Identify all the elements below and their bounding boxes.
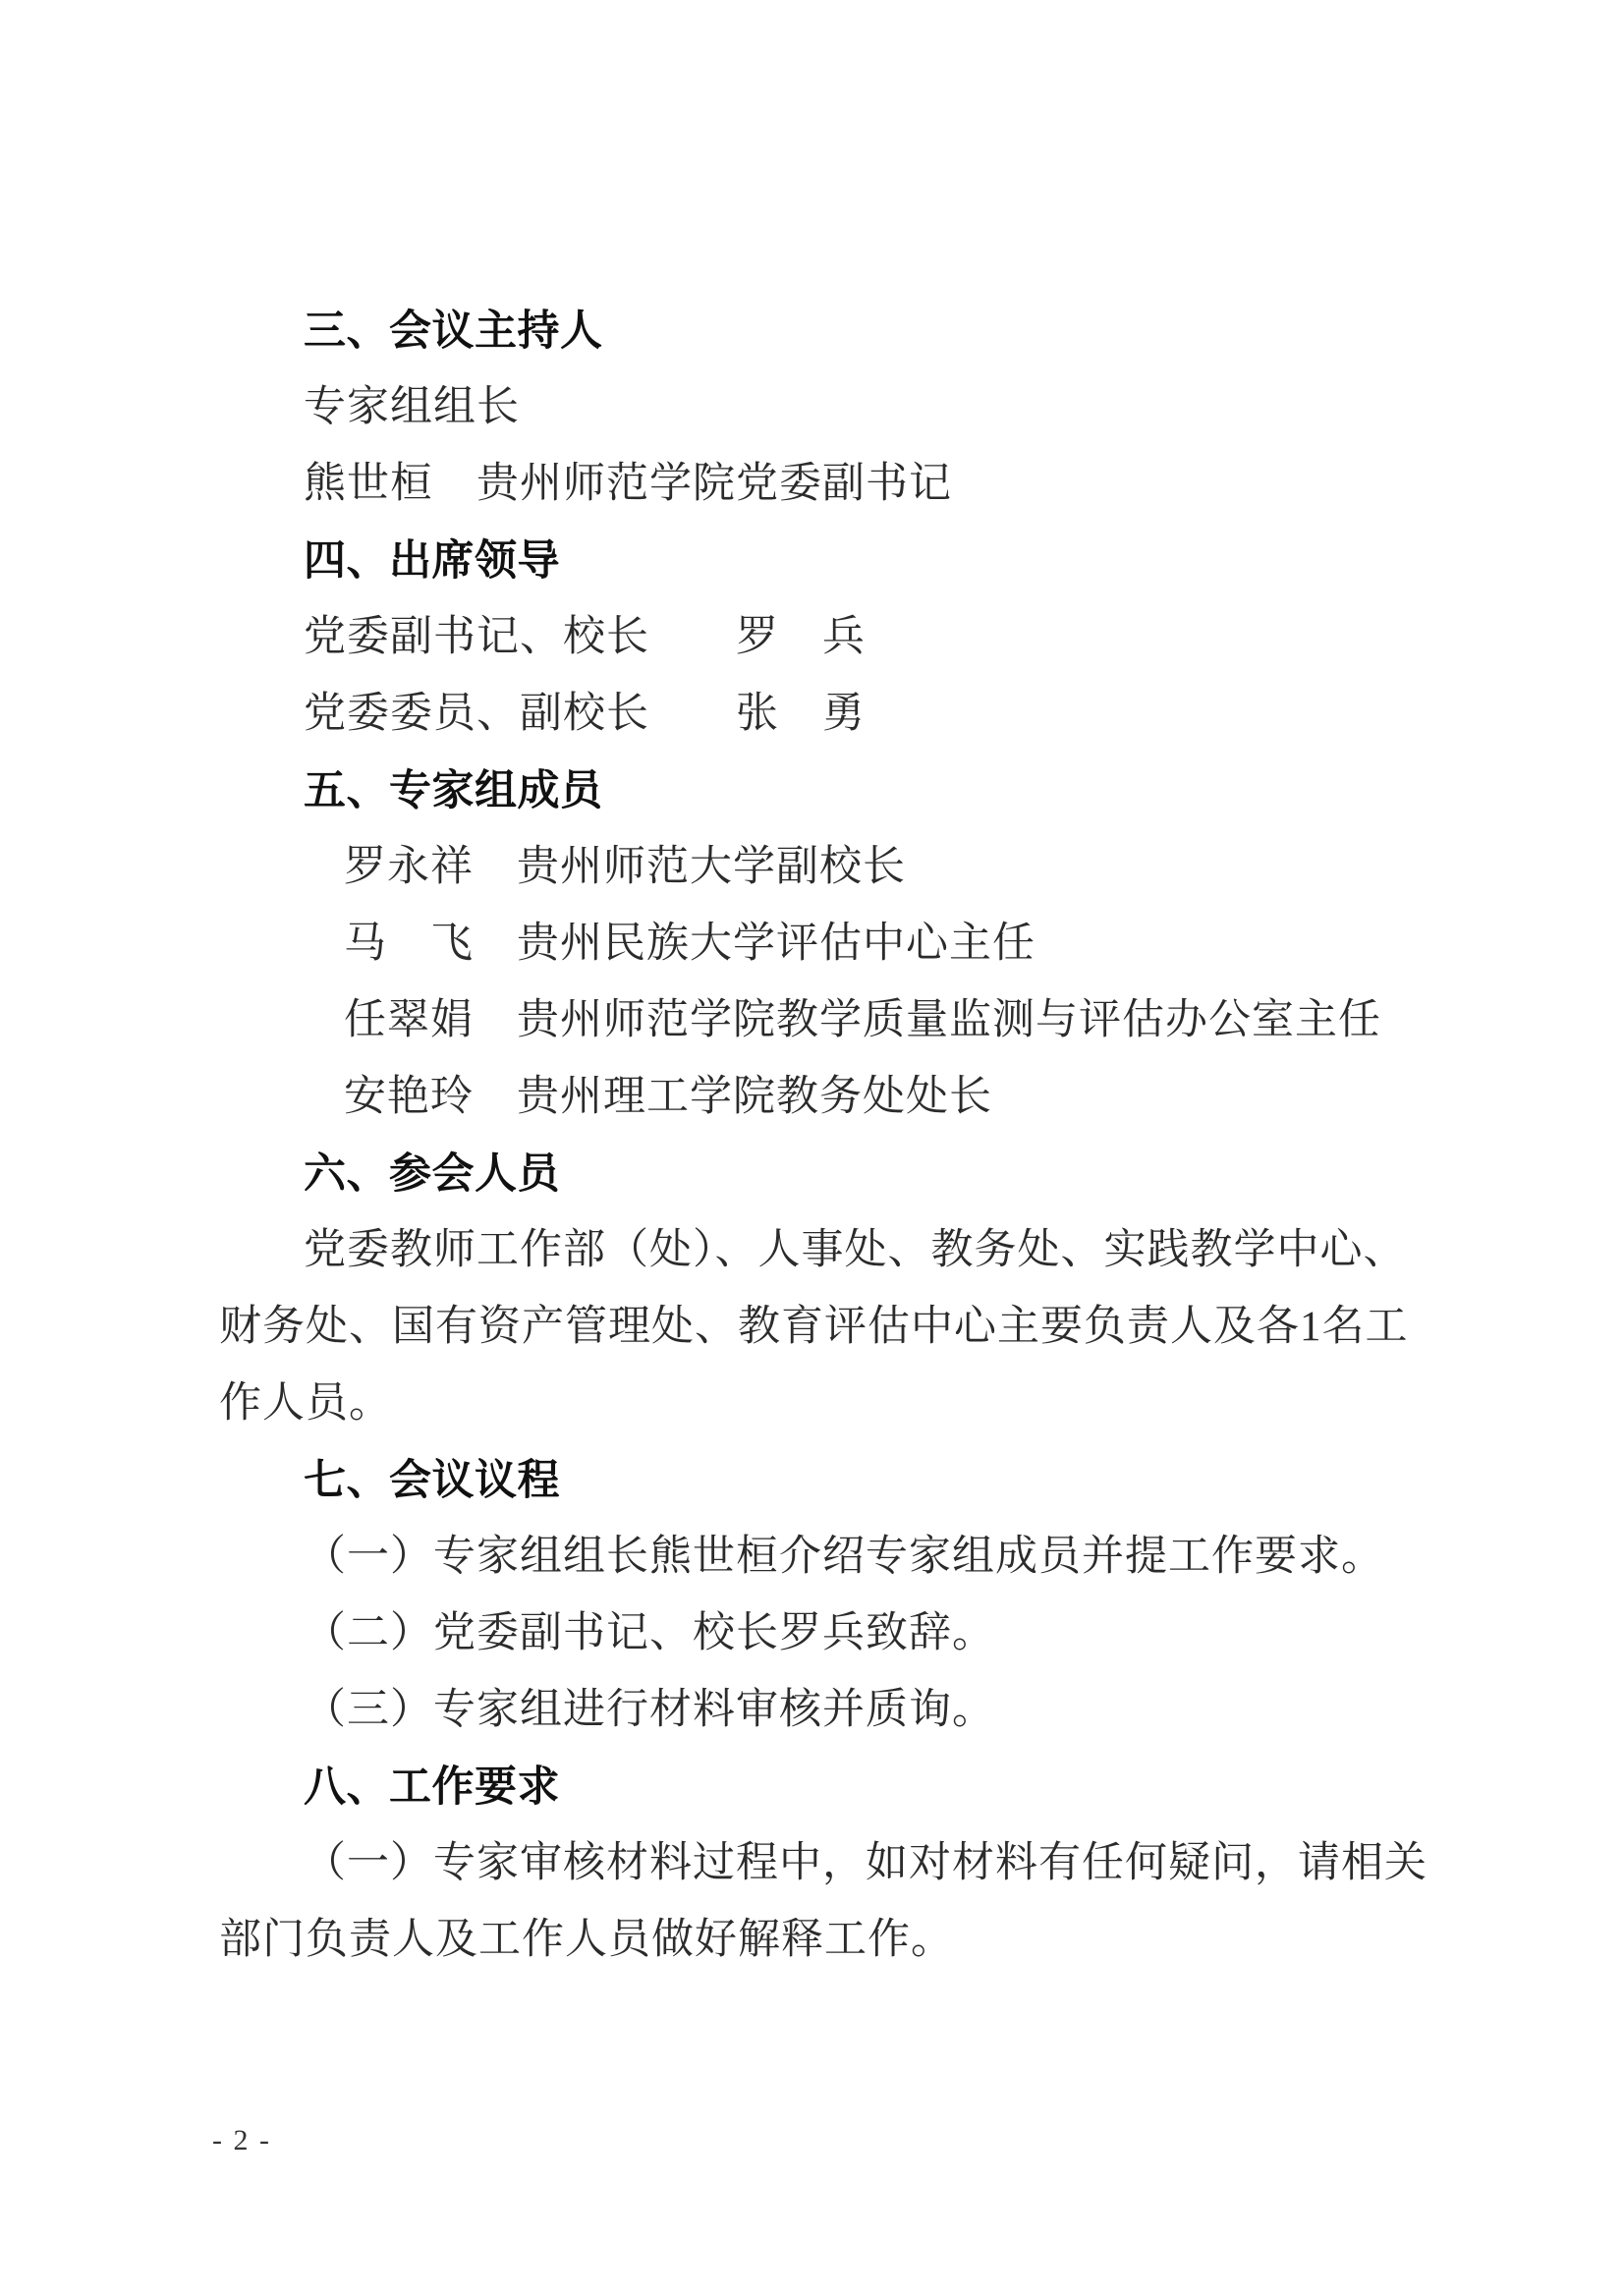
text-line-participants-2: 财务处、国有资产管理处、教育评估中心主要负责人及各1名工 — [219, 1289, 1486, 1366]
section-heading-meeting-agenda: 七、会议议程 — [219, 1442, 1486, 1519]
text-line-leader-2: 党委委员、副校长 张 勇 — [219, 676, 1486, 753]
text-line-participants-3: 作人员。 — [219, 1366, 1486, 1442]
text-line-agenda-item-3: （三）专家组进行材料审核并质询。 — [219, 1672, 1486, 1749]
section-heading-work-requirements: 八、工作要求 — [219, 1749, 1486, 1825]
text-line-leader-1: 党委副书记、校长 罗 兵 — [219, 599, 1486, 676]
section-heading-participants: 六、参会人员 — [219, 1136, 1486, 1212]
text-line-expert-group-leader: 专家组组长 — [219, 369, 1486, 446]
document-body: 三、会议主持人 专家组组长 熊世桓 贵州师范学院党委副书记 四、出席领导 党委副… — [219, 293, 1486, 1979]
text-line-host-name-title: 熊世桓 贵州师范学院党委副书记 — [219, 446, 1486, 523]
text-line-expert-1: 罗永祥 贵州师范大学副校长 — [219, 829, 1486, 906]
page-number: - 2 - — [212, 2124, 271, 2157]
text-line-requirement-1b: 部门负责人及工作人员做好解释工作。 — [219, 1902, 1486, 1979]
text-line-participants-1: 党委教师工作部（处）、人事处、教务处、实践教学中心、 — [219, 1212, 1486, 1289]
text-line-expert-4: 安艳玲 贵州理工学院教务处处长 — [219, 1059, 1486, 1136]
text-line-agenda-item-1: （一）专家组组长熊世桓介绍专家组成员并提工作要求。 — [219, 1519, 1486, 1596]
text-line-expert-2: 马 飞 贵州民族大学评估中心主任 — [219, 906, 1486, 982]
section-heading-meeting-host: 三、会议主持人 — [219, 293, 1486, 369]
text-line-expert-3: 任翠娟 贵州师范学院教学质量监测与评估办公室主任 — [219, 982, 1486, 1059]
section-heading-attending-leaders: 四、出席领导 — [219, 523, 1486, 599]
document-page: 三、会议主持人 专家组组长 熊世桓 贵州师范学院党委副书记 四、出席领导 党委副… — [0, 0, 1623, 2296]
text-line-agenda-item-2: （二）党委副书记、校长罗兵致辞。 — [219, 1596, 1486, 1672]
section-heading-expert-members: 五、专家组成员 — [219, 753, 1486, 829]
text-line-requirement-1a: （一）专家审核材料过程中，如对材料有任何疑问，请相关 — [219, 1825, 1486, 1902]
